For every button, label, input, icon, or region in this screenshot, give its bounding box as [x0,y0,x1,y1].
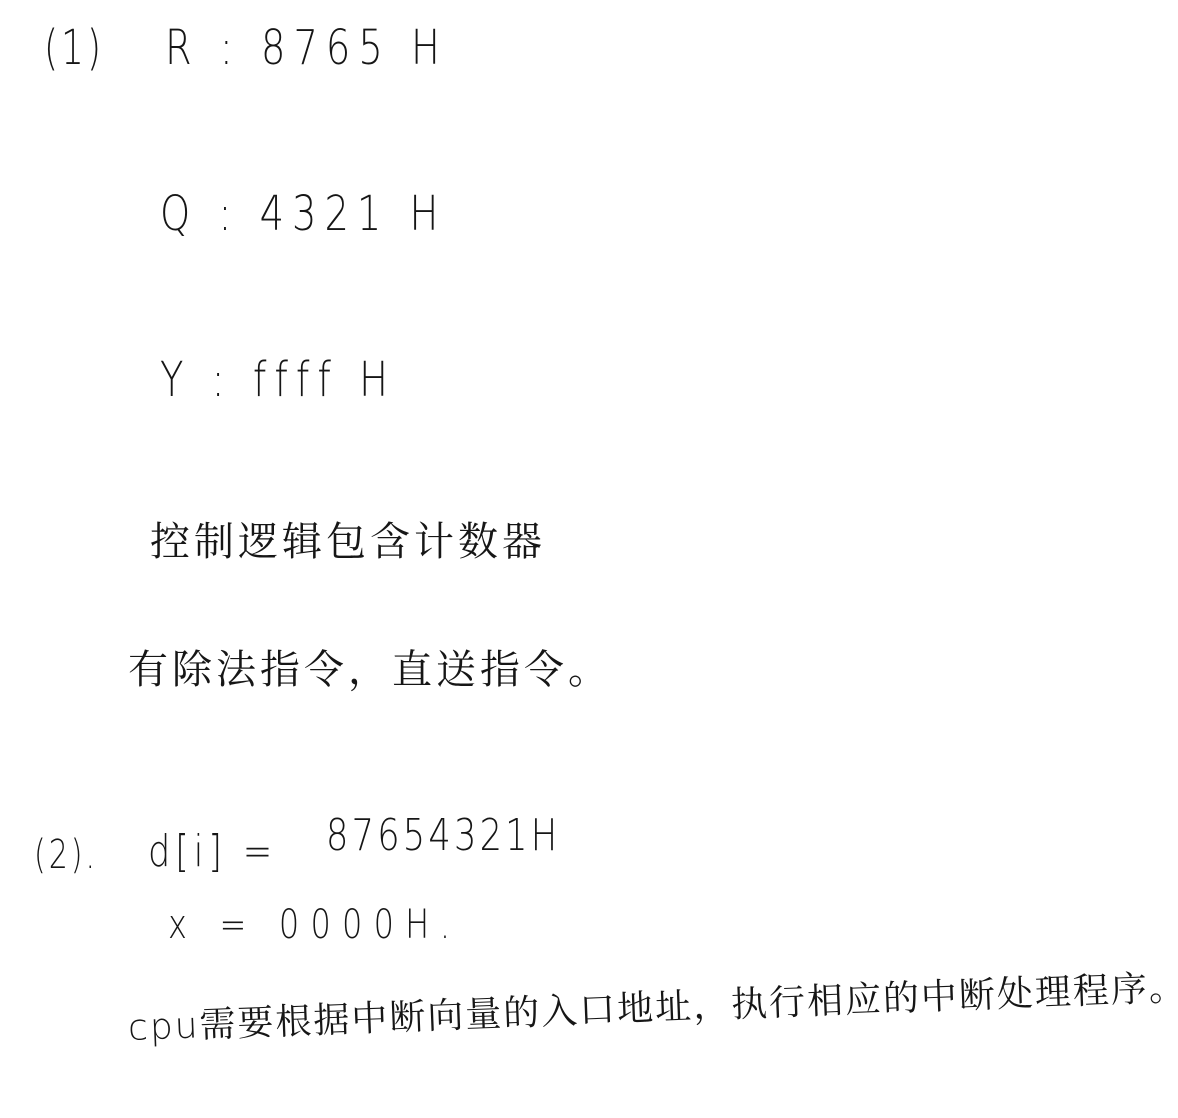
register-y-row: Y : ffff H [160,352,396,408]
register-y-value: ffff H [253,352,396,408]
section-1-label: (1) [44,20,104,76]
equation-x-rhs: 0000H. [279,902,461,948]
register-r-value: 8765 H [261,20,448,76]
section-2-label: (2). [34,832,98,878]
register-r-name: R [165,20,200,76]
register-q-name: Q [160,186,198,242]
equation-x-op: = [220,902,258,948]
equation-d-row: d[i] = [148,826,277,877]
equation-d-lhs: d[i] [148,826,227,877]
register-q-separator: : [218,186,239,242]
register-r-row: R : 8765 H [165,20,448,76]
equation-d-op: = [243,826,277,877]
handwritten-page: (1) R : 8765 H Q : 4321 H Y : ffff H 控制逻… [0,0,1178,1118]
register-q-row: Q : 4321 H [160,186,446,242]
cpu-interrupt-sentence: cpu需要根据中断向量的入口地址，执行相应的中断处理程序。 [127,959,1178,1051]
register-y-name: Y [160,352,191,408]
equation-d-rhs: 87654321H [326,810,560,861]
register-q-value: 4321 H [260,186,447,242]
register-r-separator: : [220,20,241,76]
instruction-line: 有除法指令，直送指令。 [128,638,612,695]
register-y-separator: : [212,352,233,408]
control-logic-line: 控制逻辑包含计数器 [150,510,546,567]
equation-x-lhs: x [168,902,198,948]
equation-x-row: x = 0000H. [168,902,461,948]
